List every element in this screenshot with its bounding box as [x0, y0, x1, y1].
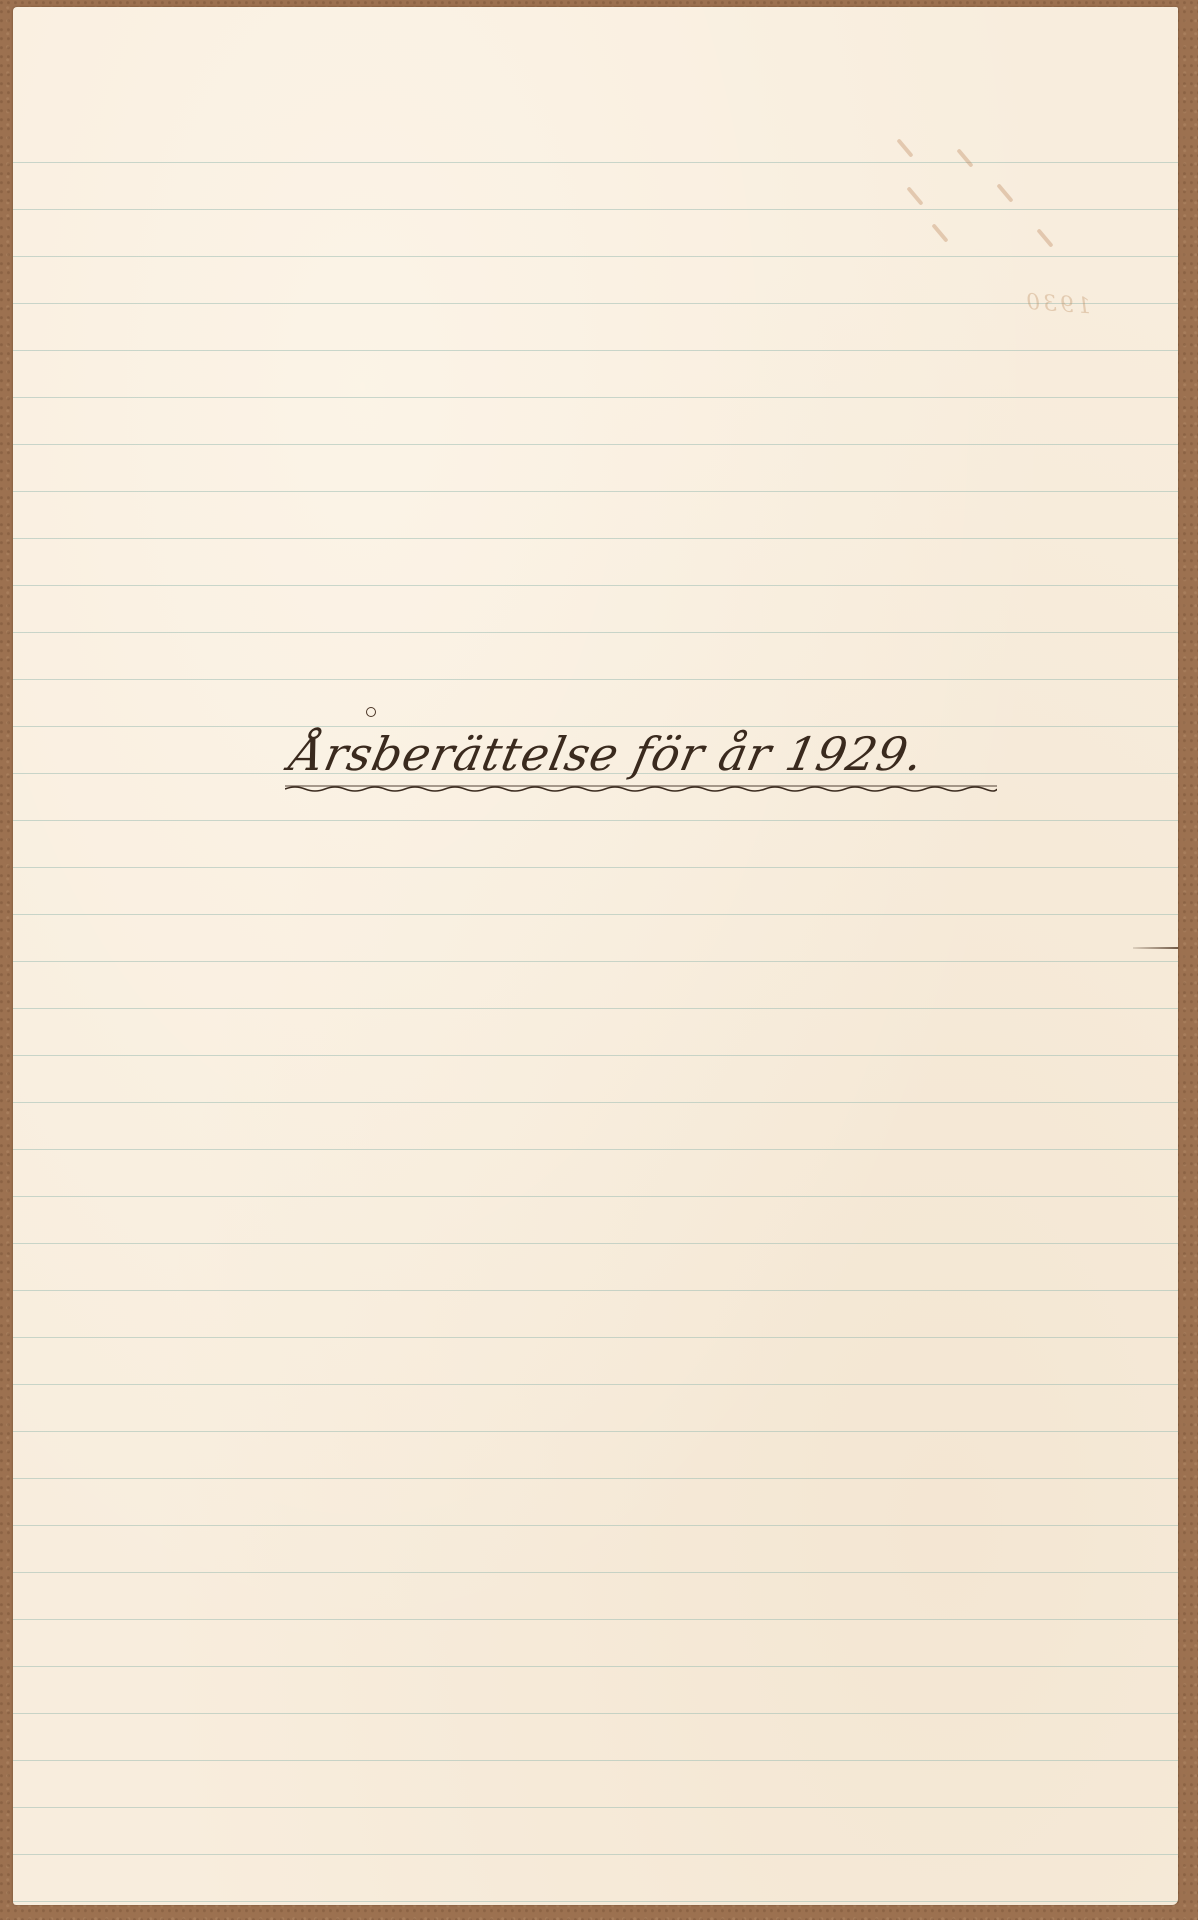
- document-heading: Årsberättelse för år 1929.: [281, 707, 1021, 797]
- wavy-underline: [285, 783, 997, 793]
- lined-paper-sheet: 1930 Årsberättelse för år 1929.: [13, 7, 1178, 1905]
- a-ring-diacritic: [366, 707, 376, 717]
- bleed-through-year: 1930: [1022, 290, 1092, 320]
- edge-tear-mark: [1133, 947, 1178, 949]
- ruled-lines: [13, 162, 1178, 1905]
- heading-text: Årsberättelse för år 1929.: [285, 727, 929, 781]
- bleed-through-marks: [893, 127, 1073, 287]
